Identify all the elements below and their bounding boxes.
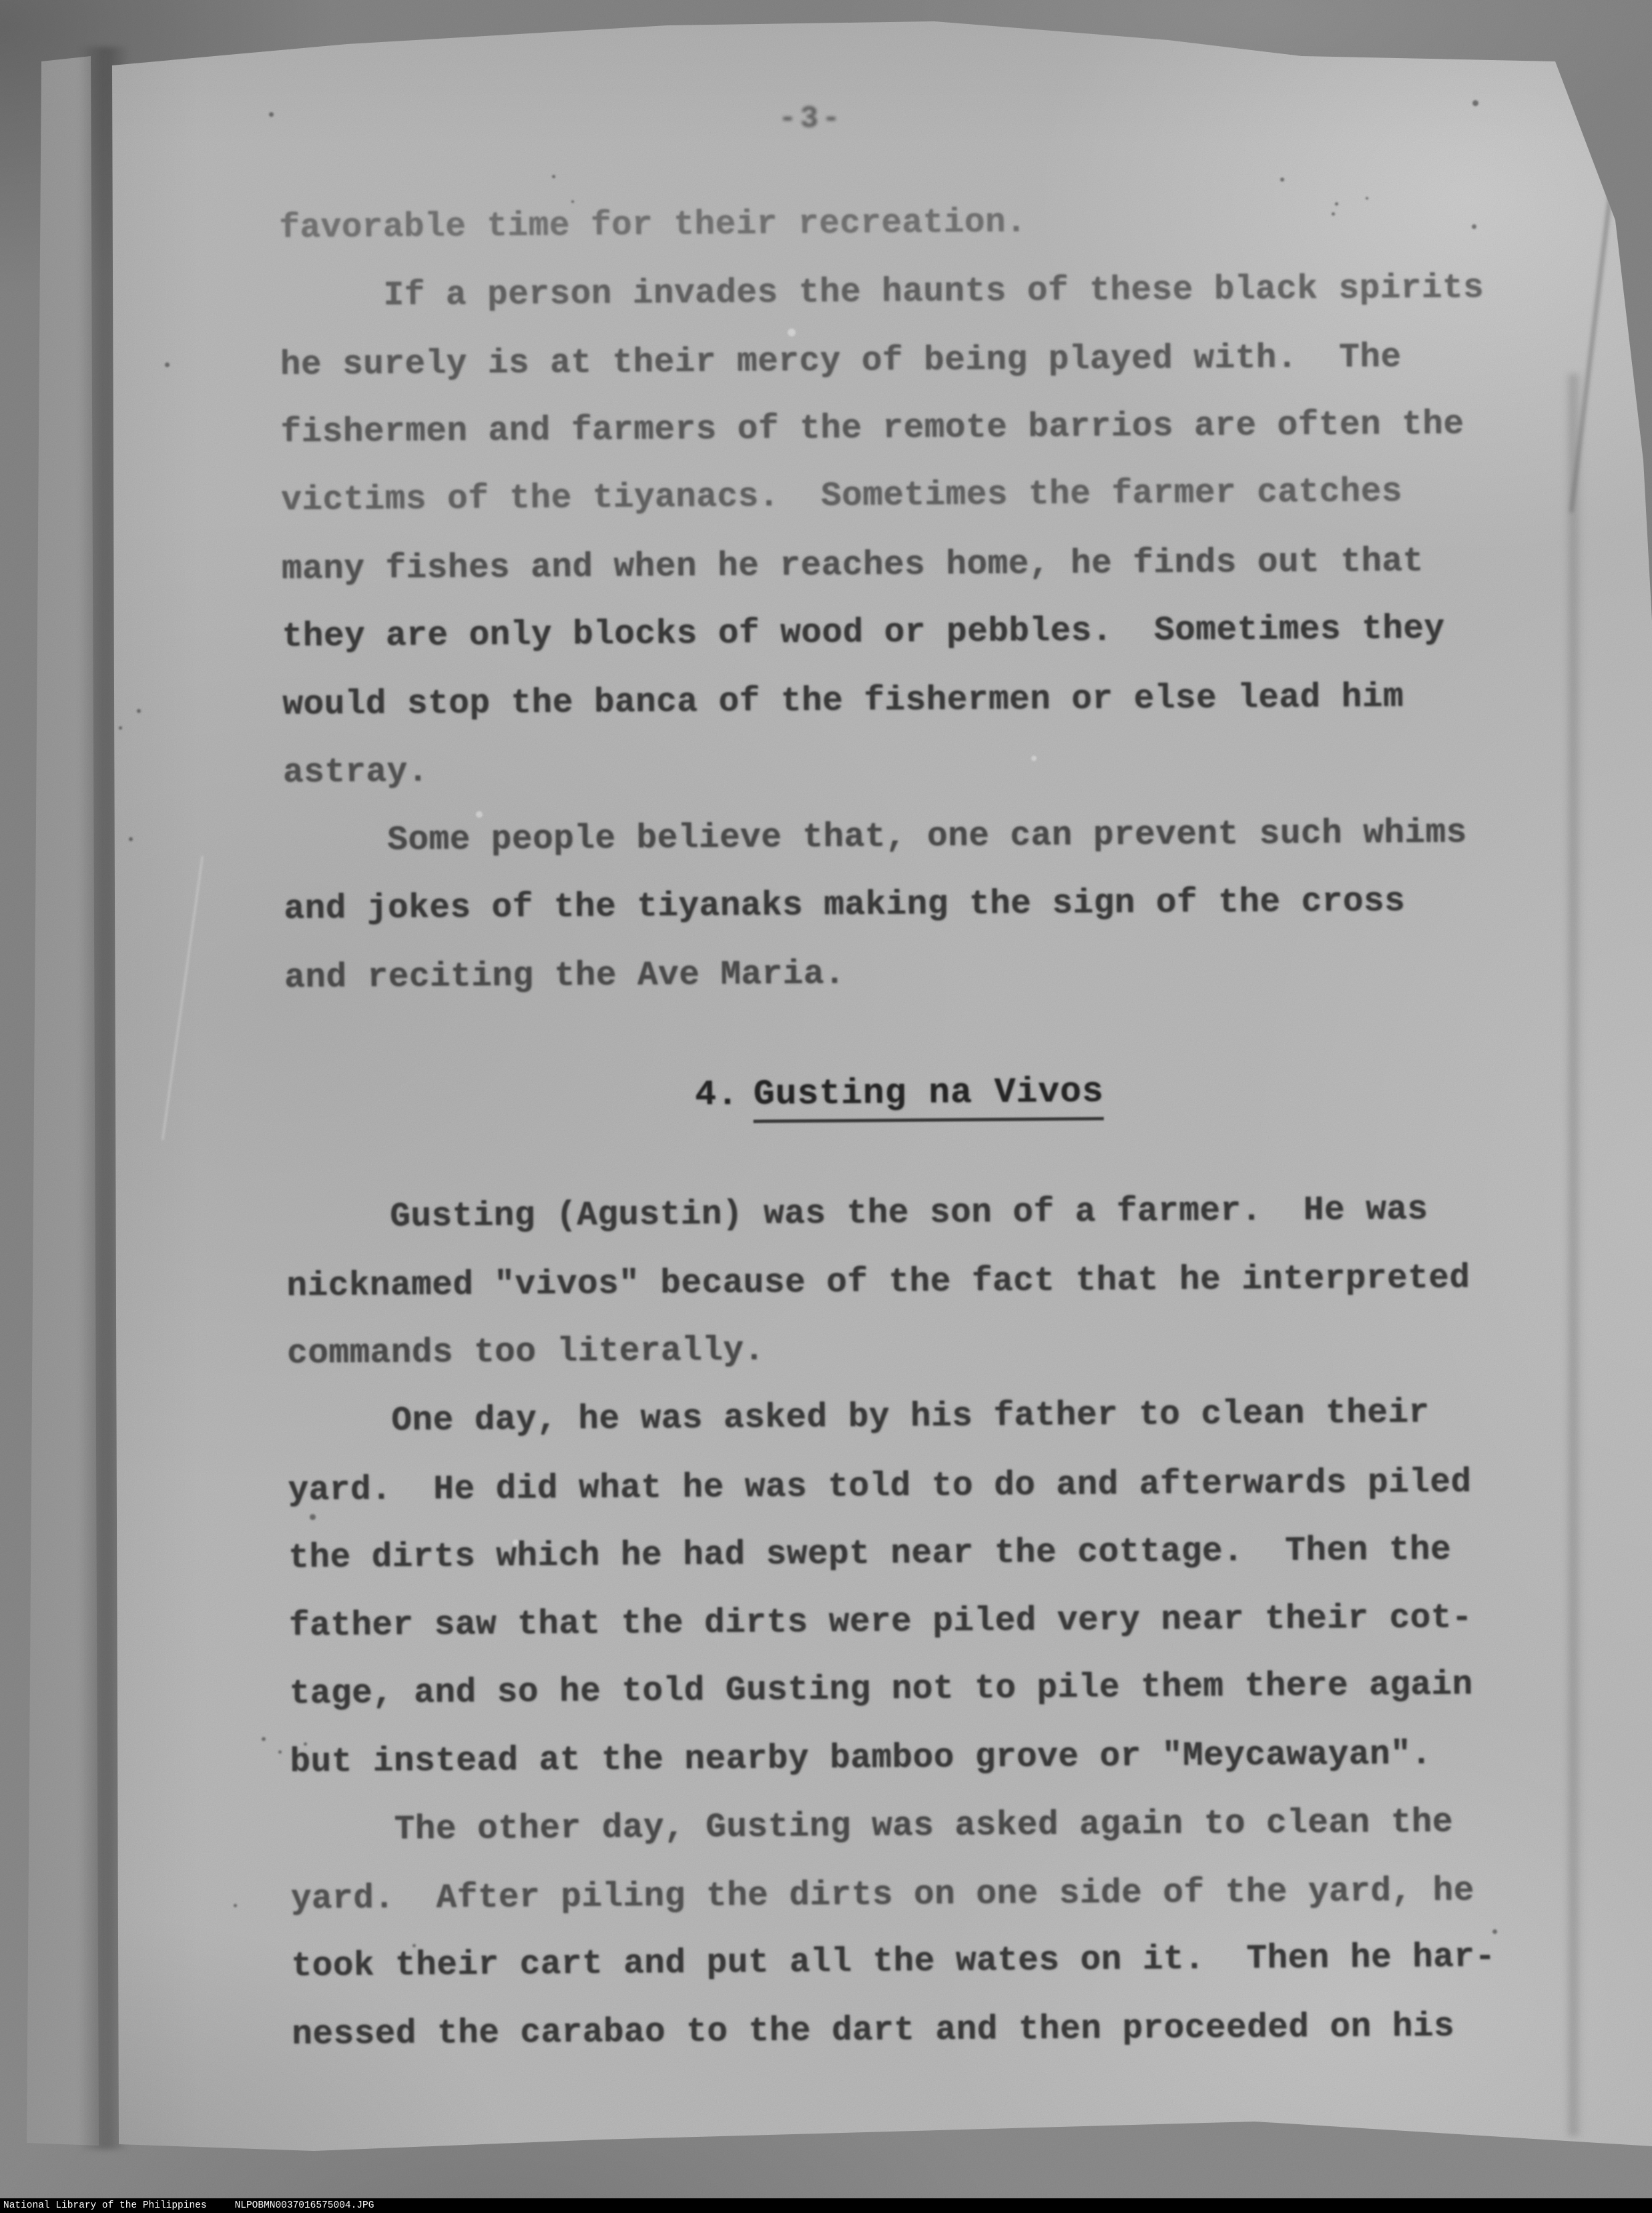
typed-line: favorable time for their recreation. xyxy=(279,185,1508,262)
dust-speck xyxy=(1280,178,1284,182)
page-crease xyxy=(1565,374,1584,2136)
page-number: -3- xyxy=(741,101,881,136)
typed-line: yard. He did what he was told to do and … xyxy=(288,1449,1517,1525)
scan-filename: NLPOBMN0037016575004.JPG xyxy=(235,2198,374,2213)
dust-speck xyxy=(1332,212,1335,216)
typed-line: commands too literally. xyxy=(287,1312,1516,1389)
dust-speck xyxy=(412,1944,416,1947)
dust-speck xyxy=(513,1539,519,1545)
dust-speck xyxy=(310,1514,316,1520)
dust-speck xyxy=(165,362,170,367)
typed-line: nicknamed "vivos" because of the fact th… xyxy=(286,1244,1515,1321)
typed-line: Gusting (Agustin) was the son of a farme… xyxy=(286,1176,1515,1252)
paper-scratch xyxy=(162,856,204,1140)
typed-line: yard. After piling the dirts on one side… xyxy=(290,1857,1519,1934)
typed-line: and jokes of the tiyanaks making the sig… xyxy=(284,867,1512,944)
typed-line: One day, he was asked by his father to c… xyxy=(287,1379,1516,1456)
typed-line: many fishes and when he reaches home, he… xyxy=(282,527,1510,604)
dust-speck xyxy=(137,709,141,713)
typed-lines: favorable time for their recreation. If … xyxy=(279,186,1521,2069)
dust-speck xyxy=(304,1742,307,1746)
typed-line: tage, and so he told Gusting not to pile… xyxy=(289,1651,1518,1728)
typed-line: he surely is at their mercy of being pla… xyxy=(280,323,1508,400)
dust-speck xyxy=(278,1750,282,1754)
typed-line: If a person invades the haunts of these … xyxy=(280,254,1508,331)
dust-speck xyxy=(1472,100,1478,106)
dust-speck xyxy=(234,1904,237,1907)
typed-line: father saw that the dirts were piled ver… xyxy=(289,1584,1518,1661)
typed-line: would stop the banca of the fishermen or… xyxy=(282,663,1511,740)
typed-line: The other day, Gusting was asked again t… xyxy=(290,1788,1519,1865)
typed-line: victims of the tiyanacs. Sometimes the f… xyxy=(281,457,1510,535)
dust-speck xyxy=(1366,197,1368,200)
heading-number: 4. xyxy=(695,1074,739,1115)
typed-line: but instead at the nearby bamboo grove o… xyxy=(290,1720,1519,1797)
typed-line: took their cart and put all the wates on… xyxy=(291,1923,1520,2001)
dust-speck xyxy=(262,1737,266,1741)
typed-line: nessed the carabao to the dart and then … xyxy=(292,1993,1521,2069)
dust-speck xyxy=(571,200,574,203)
dust-speck xyxy=(1335,202,1338,206)
dust-speck xyxy=(129,837,133,841)
typed-line: fishermen and farmers of the remote barr… xyxy=(280,391,1509,467)
attribution-bar: National Library of the Philippines NLPO… xyxy=(0,2198,1652,2213)
section-heading: 4.Gusting na Vivos xyxy=(285,1054,1514,1132)
dust-speck xyxy=(269,112,274,117)
typed-line: Some people believe that, one can preven… xyxy=(283,799,1512,876)
dust-speck xyxy=(1492,1929,1497,1934)
library-name: National Library of the Philippines xyxy=(3,2198,207,2213)
heading-title: Gusting na Vivos xyxy=(754,1071,1104,1123)
dust-speck xyxy=(1031,756,1037,761)
scanned-document-photo: -3- favorable time for their recreation.… xyxy=(0,0,1652,2213)
typed-line: the dirts which he had swept near the co… xyxy=(288,1516,1517,1593)
dust-speck xyxy=(119,726,122,730)
typed-line: astray. xyxy=(283,730,1512,807)
typed-line: they are only blocks of wood or pebbles.… xyxy=(282,595,1510,672)
dust-speck xyxy=(1472,224,1476,229)
typed-line: and reciting the Ave Maria. xyxy=(284,936,1513,1013)
dust-speck xyxy=(476,811,483,818)
dust-speck xyxy=(788,328,796,336)
dust-speck xyxy=(552,175,555,178)
